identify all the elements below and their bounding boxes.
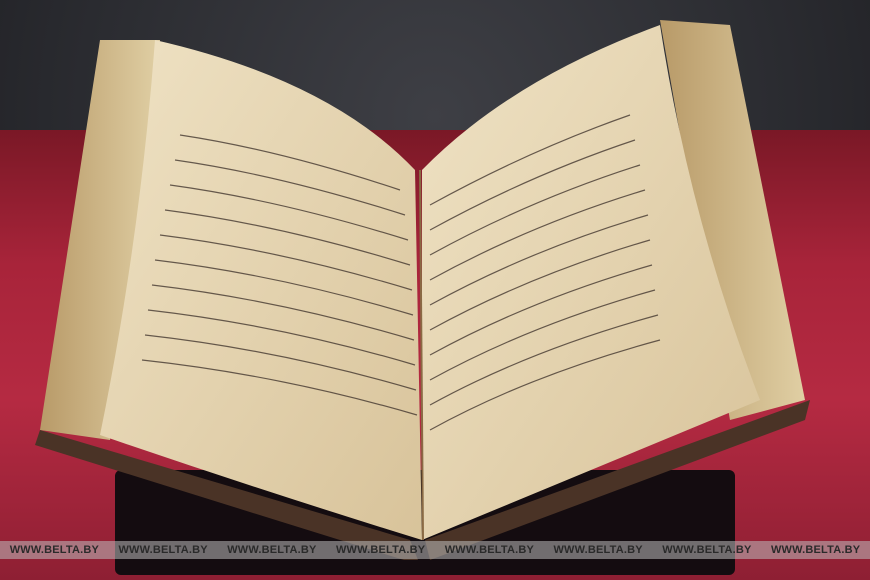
watermark-text: WWW.BELTA.BY: [662, 544, 751, 556]
watermark-strip: WWW.BELTA.BY WWW.BELTA.BY WWW.BELTA.BY W…: [0, 541, 870, 559]
watermark-text: WWW.BELTA.BY: [445, 544, 534, 556]
watermark-text: WWW.BELTA.BY: [227, 544, 316, 556]
watermark-text: WWW.BELTA.BY: [10, 544, 99, 556]
watermark-text: WWW.BELTA.BY: [771, 544, 860, 556]
watermark-text: WWW.BELTA.BY: [553, 544, 642, 556]
watermark-text: WWW.BELTA.BY: [118, 544, 207, 556]
manuscript-book: [30, 20, 820, 560]
watermark-text: WWW.BELTA.BY: [336, 544, 425, 556]
